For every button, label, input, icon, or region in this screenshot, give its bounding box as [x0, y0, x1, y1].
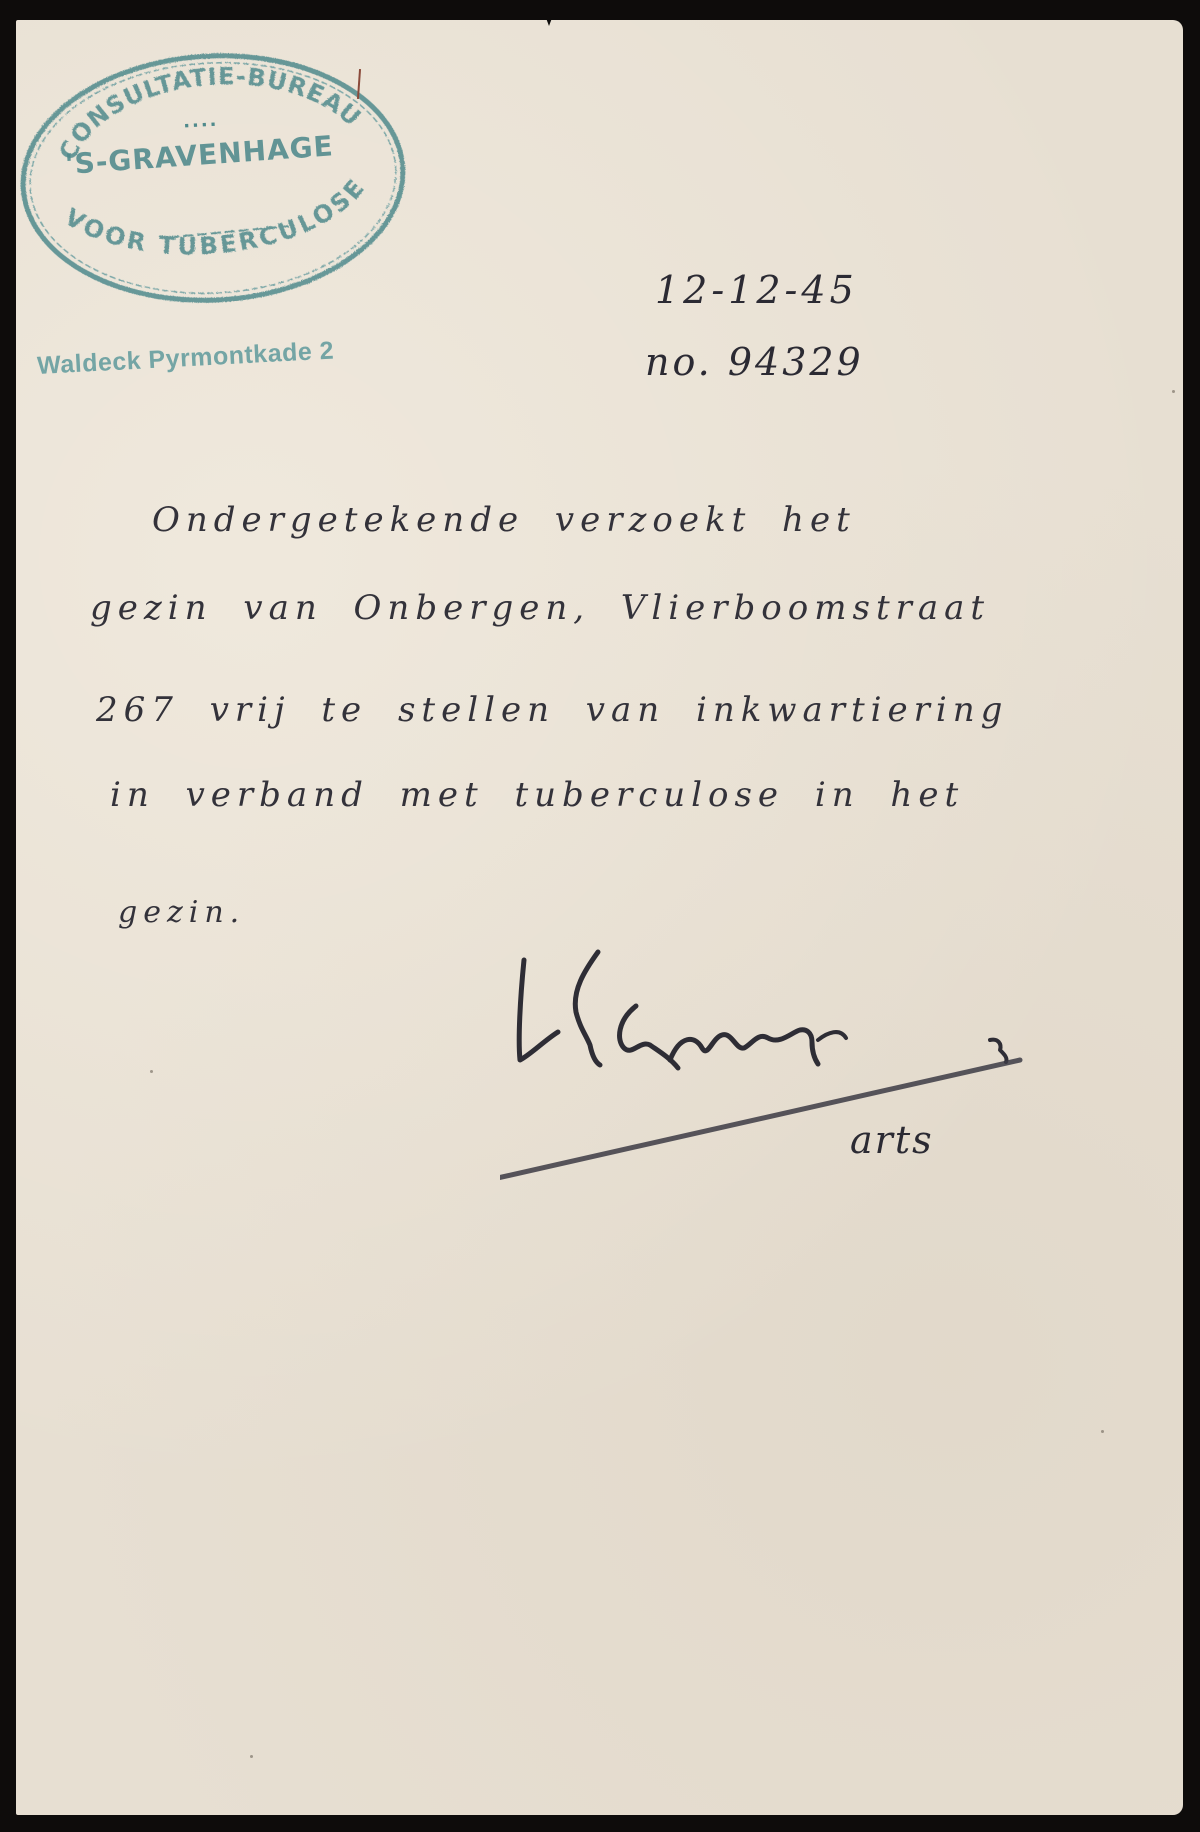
reference-number: no. 94329 — [645, 340, 864, 384]
signature — [500, 940, 1040, 1220]
body-line-2: gezin van Onbergen, Vlierboomstraat — [90, 588, 990, 628]
document-date: 12-12-45 — [655, 268, 858, 312]
signatory-title: arts — [850, 1118, 934, 1162]
paper-speck — [1172, 390, 1175, 393]
body-line-3: 267 vrij te stellen van inkwartiering — [96, 690, 1008, 730]
body-line-4: in verband met tuberculose in het — [110, 775, 964, 815]
paper-speck — [1101, 1430, 1104, 1433]
institution-stamp: CONSULTATIE-BUREAU VOOR TUBERCULOSE ....… — [10, 40, 417, 316]
signature-scribble-icon — [500, 940, 1040, 1220]
paper-speck — [150, 1070, 153, 1073]
svg-text:VOOR TUBERCULOSE: VOOR TUBERCULOSE — [58, 171, 375, 268]
body-line-1: Ondergetekende verzoekt het — [152, 500, 856, 540]
paper-speck — [250, 1755, 253, 1758]
stamp-separator: .... — [182, 110, 218, 133]
body-line-5: gezin. — [118, 895, 245, 930]
